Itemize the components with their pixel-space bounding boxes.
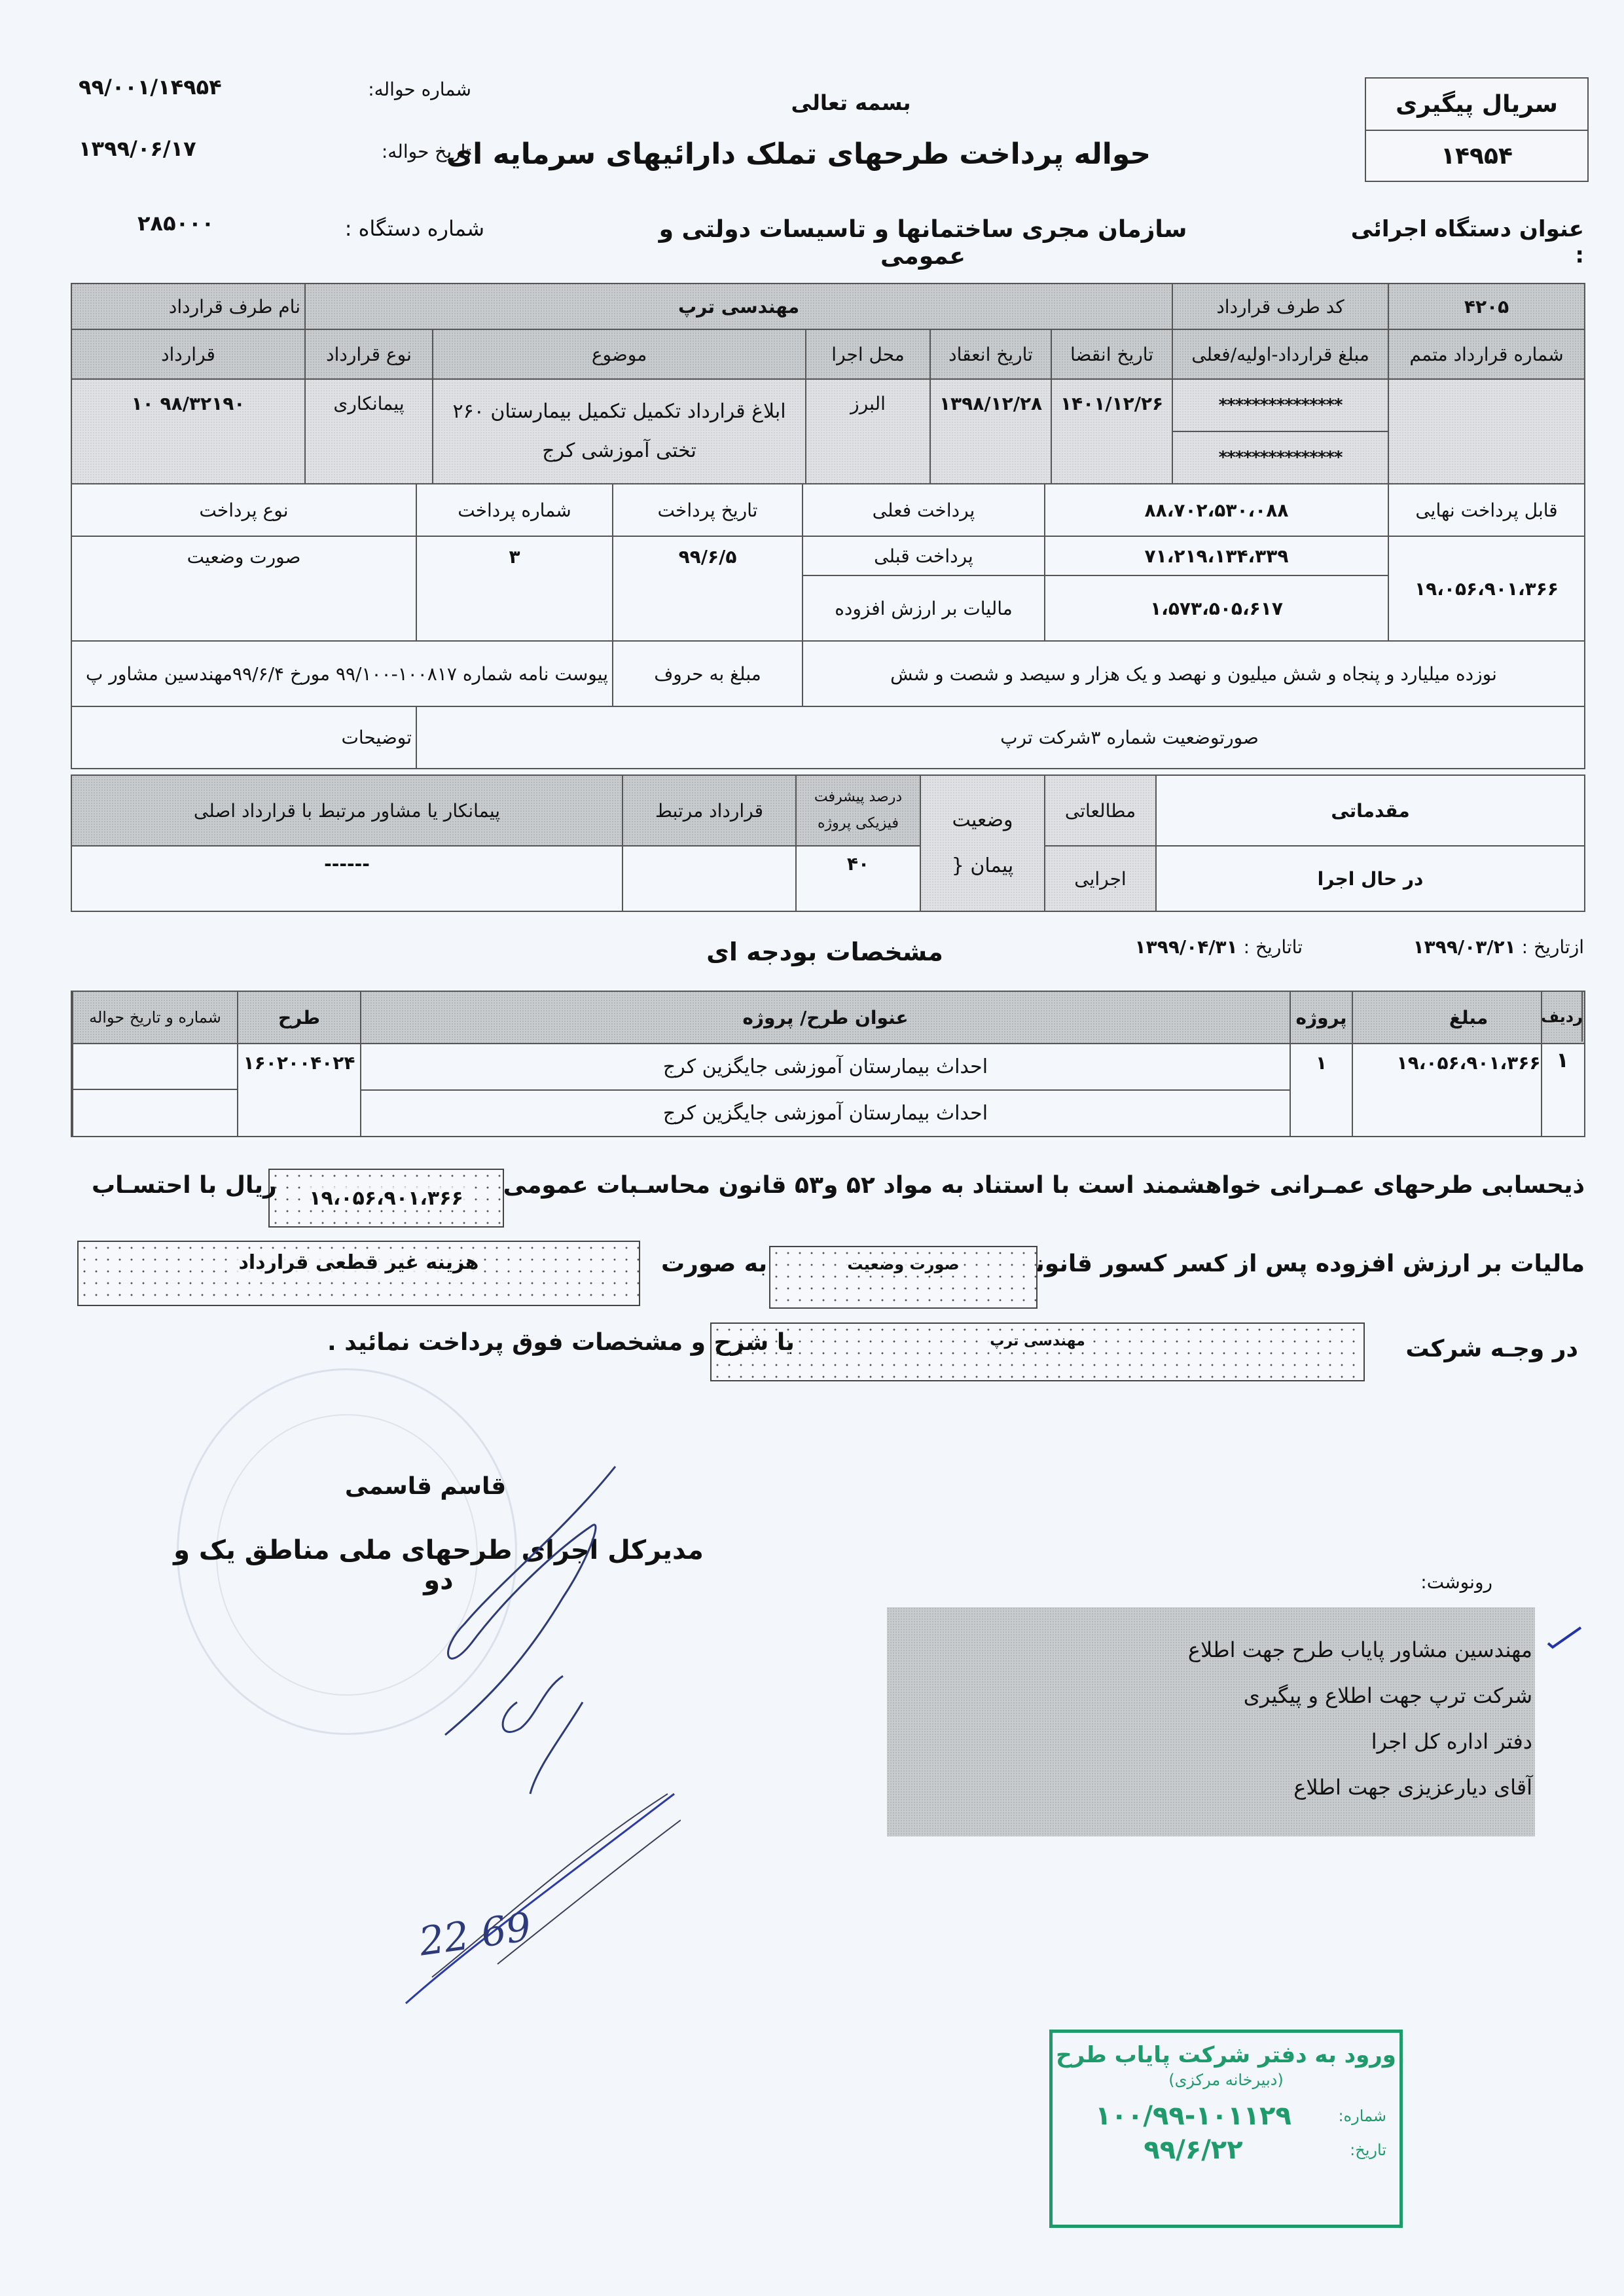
payment-type-label: نوع پرداخت: [71, 484, 416, 536]
budget-plan-code: ۱۶۰۲۰۰۴۰۲۴: [238, 1044, 361, 1137]
col-plan-title: عنوان طرح/ پروژه: [361, 991, 1290, 1044]
supplement-number: [1388, 379, 1585, 484]
tracking-serial-box: سریال پیگیری ۱۴۹۵۴: [1365, 77, 1589, 182]
expiry-date: ۱۴۰۱/۱۲/۲۶: [1051, 379, 1172, 484]
related-party-value: ------: [71, 846, 623, 911]
progress-label-1: درصد پیشرفت: [801, 784, 916, 811]
col-project: پروژه: [1290, 991, 1352, 1044]
budget-project: ۱: [1290, 1044, 1352, 1137]
status-label: وضعیت: [925, 797, 1040, 843]
cost-type-box: هزینه غیر قطعی قرارداد: [77, 1241, 640, 1306]
budget-plan-title: احداث بیمارستان آموزشی جایگزین کرج: [361, 1044, 1290, 1090]
budget-transfer-ref: [73, 1044, 237, 1090]
col-expiry-date: تاریخ انقضا: [1051, 329, 1172, 379]
cost-type: هزینه غیر قطعی قرارداد: [235, 1251, 483, 1274]
document-title: حواله پرداخت طرحهای تملک دارائیهای سرمای…: [406, 137, 1191, 171]
transfer-date-label: تاریخ حواله:: [301, 141, 471, 162]
to-date-value: ۱۳۹۹/۰۴/۳۱: [1135, 936, 1238, 958]
vat-label: مالیات بر ارزش افزوده: [803, 575, 1045, 641]
instruction-line-1-suffix: ریال با احتسـاب: [92, 1172, 277, 1199]
instruction-line-3-suffix: با شرح و مشخصات فوق پرداخت نمائید .: [327, 1329, 795, 1356]
payment-date-value: ۹۹/۶/۵: [613, 536, 803, 641]
amount-current: ***************: [1172, 431, 1388, 484]
cc-item: شرکت ترپ جهت اطلاع و پیگیری: [887, 1673, 1535, 1719]
related-contract-value: [623, 846, 796, 911]
col-supplement-number: شماره قرارداد متمم: [1388, 329, 1585, 379]
progress-value: ۴۰: [796, 846, 920, 911]
instruction-as-label: به صورت: [661, 1250, 767, 1277]
instruction-line-2: مالیات بر ارزش افزوده پس از کسر کسور قان…: [952, 1250, 1585, 1277]
col-transfer-and-row: شماره و تاریخ حواله: [71, 991, 238, 1044]
budget-row-number: ۱: [1542, 1048, 1583, 1080]
payment-date-label: تاریخ پرداخت: [613, 484, 803, 536]
executing-agency-label: عنوان دستگاه اجرائی :: [1335, 216, 1584, 268]
budget-from-date: ازتاریخ : ۱۳۹۹/۰۳/۲۱: [1335, 936, 1584, 958]
col-transfer-ref: شماره و تاریخ حواله: [72, 992, 237, 1043]
amount-in-words: نوزده میلیارد و پنجاه و شش میلیون و نهصد…: [803, 641, 1585, 706]
contract-table: ۴۲۰۵ کد طرف قرارداد مهندسی ترپ نام طرف ق…: [71, 283, 1585, 484]
stamp-date-value: ۹۹/۶/۲۲: [1066, 2135, 1321, 2165]
stamp-number-label: شماره:: [1321, 2107, 1386, 2125]
party-name-label: نام طرف قرارداد: [71, 283, 305, 329]
contract-bracket: پیمان {: [925, 843, 1040, 889]
stamp-date-label: تاریخ:: [1321, 2141, 1386, 2159]
final-payable-value: ۱۹،۰۵۶،۹۰۱،۳۶۶: [1388, 536, 1585, 641]
serial-value: ۱۴۹۵۴: [1366, 130, 1587, 181]
contract-number: ۱۰ ۹۸/۳۲۱۹۰: [71, 379, 305, 484]
bismillah-heading: بسمه تعالی: [772, 90, 929, 115]
col-plan: طرح: [238, 991, 361, 1044]
current-payment-value: ۸۸،۷۰۲،۵۳۰،۰۸۸: [1045, 484, 1388, 536]
budget-row-ref: [71, 1044, 238, 1137]
agency-number-value: ۲۸۵۰۰۰: [137, 211, 334, 236]
payment-basis-box: صورت وضعیت: [769, 1246, 1038, 1309]
progress-header: درصد پیشرفت فیزیکی پروژه: [796, 775, 920, 846]
related-party-label: پیمانکار یا مشاور مرتبط با قرارداد اصلی: [71, 775, 623, 846]
location: البرز: [806, 379, 930, 484]
receipt-stamp: ورود به دفتر شرکت پایاب طرح (دبیرخانه مر…: [1049, 2030, 1403, 2228]
payment-number-label: شماره پرداخت: [416, 484, 613, 536]
party-code-label: کد طرف قرارداد: [1172, 283, 1388, 329]
instruction-amount-box: ۱۹،۰۵۶،۹۰۱،۳۶۶: [268, 1169, 504, 1228]
budget-table: مبلغ پروژه عنوان طرح/ پروژه طرح شماره و …: [71, 991, 1585, 1137]
budget-project-title: احداث بیمارستان آموزشی جایگزین کرج: [361, 1090, 1290, 1137]
notes-value: صورتوضعیت شماره ۳شرکت ترپ: [416, 706, 1585, 769]
stamp-subtitle: (دبیرخانه مرکزی): [1053, 2071, 1399, 2089]
party-name-value: مهندسی ترپ: [305, 283, 1172, 329]
col-row: ردیف: [1542, 992, 1583, 1042]
cc-item: مهندسین مشاور پایاب طرح جهت اطلاع: [887, 1627, 1535, 1673]
instruction-amount: ۱۹،۰۵۶،۹۰۱،۳۶۶: [305, 1187, 467, 1210]
status-cell: وضعیت پیمان {: [920, 775, 1045, 911]
cc-item: آقای دیارعزیزی جهت اطلاع: [887, 1764, 1535, 1810]
project-status-table: مقدماتی مطالعاتی وضعیت پیمان { درصد پیشر…: [71, 774, 1585, 912]
cc-label: رونوشت:: [1362, 1571, 1492, 1593]
executing-agency-name: سازمان مجری ساختمانها و تاسیسات دولتی و …: [628, 216, 1218, 270]
payment-table: قابل پرداخت نهایی ۸۸،۷۰۲،۵۳۰،۰۸۸ پرداخت …: [71, 483, 1585, 769]
cc-list: مهندسین مشاور پایاب طرح جهت اطلاع شرکت ت…: [887, 1607, 1535, 1836]
transfer-date-value: ۱۳۹۹/۰۶/۱۷: [79, 136, 275, 161]
to-date-label: تاتاریخ :: [1244, 936, 1303, 958]
payment-basis: صورت وضعیت: [843, 1255, 963, 1273]
col-signing-date: تاریخ انعقاد: [930, 329, 1051, 379]
party-code-value: ۴۲۰۵: [1388, 283, 1585, 329]
execution-label: اجرایی: [1045, 846, 1156, 911]
prelim-label: مقدماتی: [1156, 775, 1585, 846]
signing-date: ۱۳۹۸/۱۲/۲۸: [930, 379, 1051, 484]
payment-number-value: ۳: [416, 536, 613, 641]
amount-initial: ***************: [1172, 379, 1388, 431]
company-box: مهندسی ترپ: [710, 1322, 1365, 1381]
previous-payment-value: ۷۱،۲۱۹،۱۳۴،۳۳۹: [1045, 536, 1388, 575]
attachment-reference: پیوست نامه شماره ۱۰۰۸۱۷-۹۹/۱۰۰ مورخ ۹۹/۶…: [71, 641, 613, 706]
stamp-title: ورود به دفتر شرکت پایاب طرح: [1053, 2042, 1399, 2068]
row-divider: [1541, 991, 1542, 1136]
instruction-line-1: ذیحسابی طرحهای عمـرانی خواهشمند است با ا…: [437, 1172, 1585, 1199]
col-contract-type: نوع قرارداد: [305, 329, 433, 379]
final-payable-label: قابل پرداخت نهایی: [1388, 484, 1585, 536]
checkmark-icon: [1545, 1624, 1584, 1650]
instruction-line-3: در وجـه شرکت: [1405, 1336, 1578, 1362]
from-date-label: ازتاریخ :: [1522, 936, 1584, 958]
progress-label-2: فیزیکی پروژه: [801, 811, 916, 837]
previous-payment-label: پرداخت قبلی: [803, 536, 1045, 575]
serial-label: سریال پیگیری: [1366, 79, 1587, 130]
study-label: مطالعاتی: [1045, 775, 1156, 846]
budget-to-date: تاتاریخ : ۱۳۹۹/۰۴/۳۱: [1080, 936, 1303, 958]
current-state: در حال اجرا: [1156, 846, 1585, 911]
col-contract-amount: مبلغ قرارداد-اولیه/فعلی: [1172, 329, 1388, 379]
col-contract: قرارداد: [71, 329, 305, 379]
vat-value: ۱،۵۷۳،۵۰۵،۶۱۷: [1045, 575, 1388, 641]
transfer-number-value: ۹۹/۰۰۱/۱۴۹۵۴: [79, 75, 275, 100]
related-contract-label: قرارداد مرتبط: [623, 775, 796, 846]
transfer-number-label: شماره حواله:: [301, 79, 471, 100]
from-date-value: ۱۳۹۹/۰۳/۲۱: [1413, 936, 1516, 958]
payment-type-value: صورت وضعیت: [71, 536, 416, 641]
contract-type: پیمانکاری: [305, 379, 433, 484]
stamp-number-value: ۱۰۰/۹۹-۱۰۱۱۲۹: [1066, 2101, 1321, 2131]
current-payment-label: پرداخت فعلی: [803, 484, 1045, 536]
company-name: مهندسی ترپ: [986, 1333, 1089, 1349]
notes-label: توضیحات: [71, 706, 416, 769]
amount-in-words-label: مبلغ به حروف: [613, 641, 803, 706]
col-subject: موضوع: [433, 329, 806, 379]
contract-subject: ابلاغ قرارداد تکمیل تکمیل بیمارستان ۲۶۰ …: [433, 379, 806, 484]
budget-title: مشخصات بودجه ای: [655, 938, 995, 966]
cc-item: دفتر اداره کل اجرا: [887, 1719, 1535, 1764]
col-location: محل اجرا: [806, 329, 930, 379]
